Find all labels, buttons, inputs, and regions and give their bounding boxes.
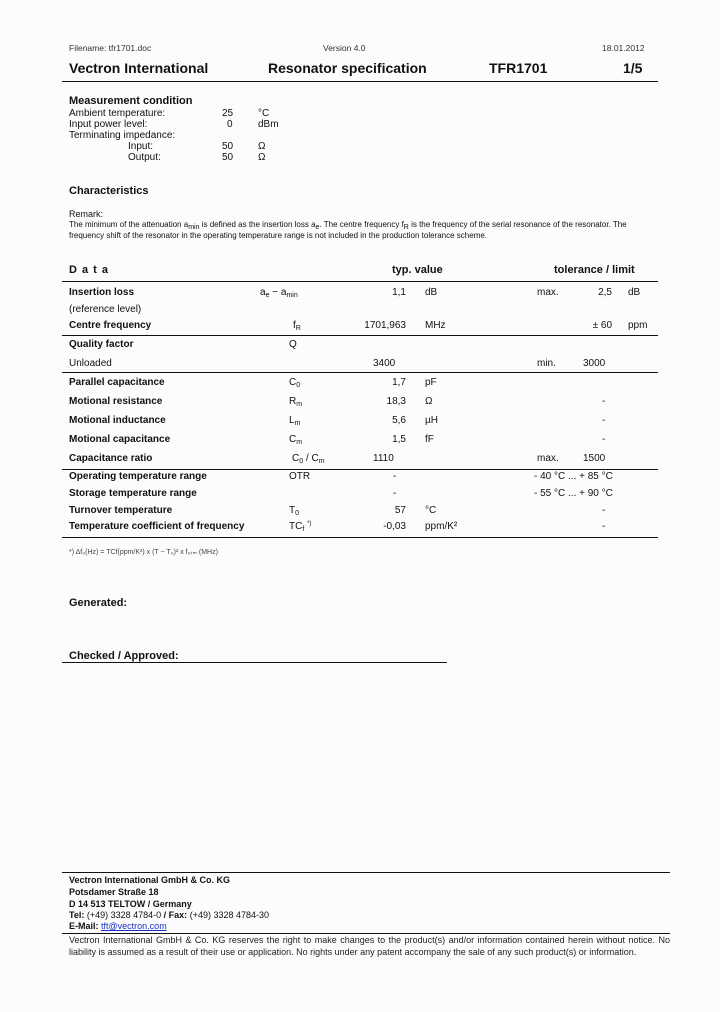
meas-label: Input:	[128, 141, 153, 152]
footer-email: E-Mail: tft@vectron.com	[69, 921, 167, 931]
tolerance-header: tolerance / limit	[554, 264, 635, 276]
row-typ-value: 1,1	[326, 287, 406, 298]
row-label: Parallel capacitance	[69, 377, 165, 388]
page-number: 1/5	[623, 60, 642, 76]
row-tol-value: -	[602, 434, 605, 445]
row-tol-value: - 55 °C ... + 90 °C	[534, 488, 613, 499]
table-divider	[62, 281, 658, 282]
row-label: Centre frequency	[69, 320, 151, 331]
row-typ-value: -	[393, 471, 396, 482]
meas-unit: Ω	[258, 141, 265, 152]
date: 18.01.2012	[602, 43, 645, 53]
row-typ-value: 1110	[373, 453, 394, 464]
remark-line-2: frequency shift of the resonator in the …	[69, 231, 487, 240]
row-unit: MHz	[425, 320, 446, 331]
row-label: Quality factor	[69, 339, 133, 350]
row-symbol: Lm	[289, 415, 300, 427]
row-tol-prefix: max.	[537, 453, 559, 464]
table-divider	[62, 469, 658, 470]
row-typ-value: 1,5	[326, 434, 406, 445]
row-label: Motional inductance	[69, 415, 166, 426]
row-label: Motional capacitance	[69, 434, 170, 445]
row-typ-value: 57	[326, 505, 406, 516]
meas-label: Terminating impedance:	[69, 130, 175, 141]
meas-label: Ambient temperature:	[69, 108, 165, 119]
row-tol-value: -	[602, 505, 605, 516]
meas-value: 50	[222, 141, 233, 152]
row-unit: pF	[425, 377, 437, 388]
row-label: Turnover temperature	[69, 505, 172, 516]
remark-line-1: The minimum of the attenuation amin is d…	[69, 220, 627, 231]
meas-value: 0	[227, 119, 233, 130]
row-tol-value: 3000	[583, 358, 605, 369]
row-tol-unit: ppm	[628, 320, 647, 331]
row-typ-value: 18,3	[326, 396, 406, 407]
data-title: D a t a	[69, 264, 109, 276]
row-label: Motional resistance	[69, 396, 162, 407]
meas-value: 25	[222, 108, 233, 119]
meas-label: Output:	[128, 152, 161, 163]
row-unit: fF	[425, 434, 434, 445]
row-label: Unloaded	[69, 358, 112, 369]
part-number: TFR1701	[489, 60, 547, 76]
row-unit: dB	[425, 287, 437, 298]
footnote: *) Δf₀(Hz) = TCf(ppm/K²) x (T − T₀)² x f…	[69, 548, 218, 556]
row-symbol: Q	[289, 339, 297, 350]
meas-label: Input power level:	[69, 119, 147, 130]
row-symbol: OTR	[289, 471, 310, 482]
row-tol-value: -	[602, 415, 605, 426]
footer-divider-2	[62, 933, 670, 934]
row-tol-value: - 40 °C ... + 85 °C	[534, 471, 613, 482]
row-typ-value: 5,6	[326, 415, 406, 426]
table-divider	[62, 372, 658, 373]
row-tol-prefix: min.	[537, 358, 556, 369]
row-unit: ppm/K²	[425, 521, 457, 532]
row-typ-value: -	[393, 488, 396, 499]
email-link[interactable]: tft@vectron.com	[101, 921, 167, 931]
footer-phone: Tel: (+49) 3328 4784-0 / Fax: (+49) 3328…	[69, 910, 269, 920]
row-tol-value: -	[602, 521, 605, 532]
doc-title: Resonator specification	[268, 60, 427, 76]
row-tol-unit: dB	[628, 287, 640, 298]
remark-label: Remark:	[69, 209, 103, 219]
row-unit: °C	[425, 505, 436, 516]
meas-value: 50	[222, 152, 233, 163]
row-symbol: Rm	[289, 396, 302, 408]
row-typ-value: 1,7	[326, 377, 406, 388]
generated-label: Generated:	[69, 597, 127, 609]
row-typ-value: 3400	[373, 358, 395, 369]
row-tol-value: -	[602, 396, 605, 407]
characteristics-title: Characteristics	[69, 185, 149, 197]
checked-label: Checked / Approved:	[69, 650, 179, 662]
footer-city: D 14 513 TELTOW / Germany	[69, 899, 192, 909]
row-symbol: ae − amin	[260, 287, 298, 299]
row-typ-value: -0,03	[326, 521, 406, 532]
header-divider	[62, 81, 658, 82]
measurement-title: Measurement condition	[69, 95, 192, 107]
footer-divider	[62, 872, 670, 873]
row-symbol: C0 / Cm	[292, 453, 325, 465]
signature-line	[62, 662, 447, 663]
typ-value-header: typ. value	[392, 264, 443, 276]
row-symbol: C0	[289, 377, 300, 389]
row-tol-value: 1500	[583, 453, 605, 464]
table-divider	[62, 537, 658, 538]
filename: Filename: tfr1701.doc	[69, 43, 151, 53]
row-label: Insertion loss	[69, 287, 134, 298]
footer-street: Potsdamer Straße 18	[69, 887, 159, 897]
row-tol-value: 2,5	[552, 287, 612, 298]
row-tol-value: ± 60	[552, 320, 612, 331]
row-symbol: TCf *)	[289, 521, 311, 533]
company-name: Vectron International	[69, 60, 208, 76]
row-symbol: Cm	[289, 434, 302, 446]
row-label: (reference level)	[69, 304, 141, 315]
meas-unit: °C	[258, 108, 269, 119]
row-label: Temperature coefficient of frequency	[69, 521, 244, 532]
footer-company: Vectron International GmbH & Co. KG	[69, 875, 230, 885]
row-typ-value: 1701,963	[326, 320, 406, 331]
meas-unit: dBm	[258, 119, 279, 130]
row-symbol: T0	[289, 505, 299, 517]
row-label: Capacitance ratio	[69, 453, 152, 464]
row-symbol: fR	[293, 320, 301, 332]
row-label: Operating temperature range	[69, 471, 207, 482]
table-divider	[62, 335, 658, 336]
meas-unit: Ω	[258, 152, 265, 163]
version: Version 4.0	[323, 43, 366, 53]
row-unit: µH	[425, 415, 438, 426]
row-label: Storage temperature range	[69, 488, 197, 499]
row-unit: Ω	[425, 396, 432, 407]
disclaimer: Vectron International GmbH & Co. KG rese…	[69, 935, 670, 958]
